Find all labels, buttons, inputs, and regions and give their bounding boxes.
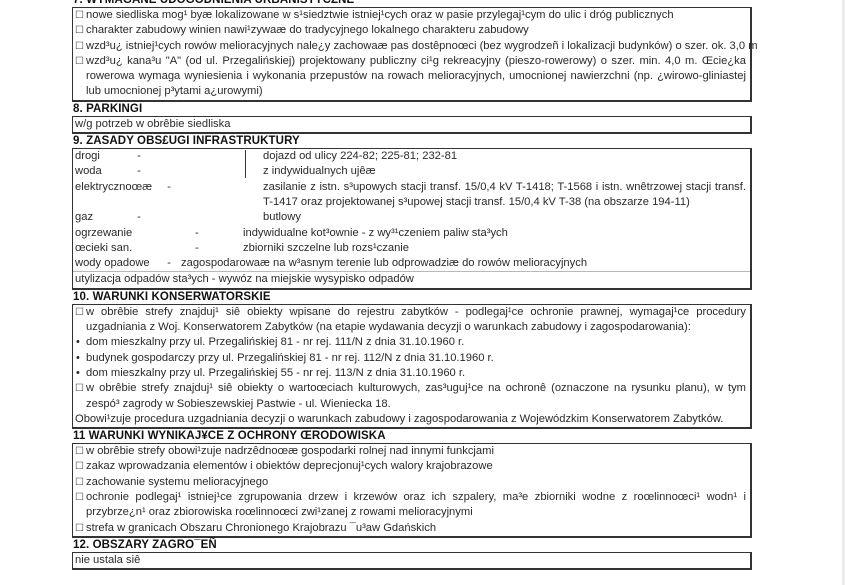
section-8-title: 8. PARKINGI	[72, 103, 752, 116]
list-item: ☐ wzd³u¿ kana³u "A" (od ul. Przegaliński…	[73, 54, 750, 100]
list-item: ☐ ochronie podlegaj¹ istniej¹ce zgrupowa…	[73, 490, 750, 521]
list-item: ☐ zakaz wprowadzania elementów i obiektó…	[73, 459, 750, 474]
checkbox-icon: ☐	[75, 54, 84, 69]
section-11-title: 11 WARUNKI WYNIKAJ¥CE Z OCHRONY ŒRODOWIS…	[72, 430, 752, 443]
checkbox-icon: ☐	[75, 475, 84, 490]
table-row: gaz - butlowy	[73, 210, 750, 225]
bullet-icon: •	[76, 335, 80, 350]
list-item: ☐ w obrêbie strefy znajduj¹ siê obiekty …	[73, 381, 750, 412]
bullet-item: • dom mieszkalny przy ul. Przegalińskiej…	[73, 366, 750, 381]
section-7-title: 7. WYMAGANE UDOGODNIENIA URBANISTYCZNE	[72, 0, 752, 7]
list-item: ☐ zachowanie systemu melioracyjnego	[73, 475, 750, 490]
infrastructure-table: drogi - dojazd od ulicy 224-82; 225-81; …	[72, 148, 752, 290]
table-row: wody opadowe - zagospodarowaæ na w³asnym…	[73, 256, 750, 272]
table-divider	[245, 150, 246, 178]
section-12-title: 12. OBSZARY ZAGRO¯EÑ	[72, 539, 752, 552]
table-row: ogrzewanie - indywidualne kot³ownie - z …	[73, 226, 750, 241]
bullet-item: • dom mieszkalny przy ul. Przegalińskiej…	[73, 335, 750, 350]
list-item: ☐ nowe siedliska mog¹ byæ lokalizowane w…	[73, 8, 750, 23]
list-item: ☐ charakter zabudowy winien nawi¹zywaæ d…	[73, 23, 750, 38]
section-11-box: ☐ w obrêbie strefy obowi¹zuje nadrzêdnoœ…	[72, 443, 752, 538]
list-item: ☐ strefa w granicach Obszaru Chronionego…	[73, 521, 750, 536]
bullet-icon: •	[76, 366, 80, 381]
section-9-title: 9. ZASADY OBS£UGI INFRASTRUKTURY	[72, 135, 752, 148]
checkbox-icon: ☐	[75, 381, 84, 396]
document-page: 7. WYMAGANE UDOGODNIENIA URBANISTYCZNE ☐…	[72, 0, 752, 571]
table-row: œcieki san. - zbiorniki szczelne lub roz…	[73, 241, 750, 256]
hazard-areas-text: nie ustala siê	[73, 553, 750, 568]
checkbox-icon: ☐	[75, 8, 84, 23]
checkbox-icon: ☐	[75, 490, 84, 505]
checkbox-icon: ☐	[75, 444, 84, 459]
table-row: elektrycznoœæ - zasilanie z istn. s³upow…	[73, 180, 750, 211]
table-row: woda - z indywidualnych ujêæ	[73, 164, 750, 179]
section-10-title: 10. WARUNKI KONSERWATORSKIE	[72, 291, 752, 304]
checkbox-icon: ☐	[75, 23, 84, 38]
section-10-box: ☐ w obrêbie strefy znajduj¹ siê obiekty …	[72, 304, 752, 429]
checkbox-icon: ☐	[75, 521, 84, 536]
list-item: ☐ w obrêbie strefy znajduj¹ siê obiekty …	[73, 305, 750, 336]
section-7-box: ☐ nowe siedliska mog¹ byæ lokalizowane w…	[72, 7, 752, 102]
checkbox-icon: ☐	[75, 459, 84, 474]
table-footer-row: utylizacja odpadów sta³ych - wywóz na mi…	[73, 272, 750, 287]
checkbox-icon: ☐	[75, 39, 84, 54]
checkbox-icon: ☐	[75, 305, 84, 320]
list-item: ☐ w obrêbie strefy obowi¹zuje nadrzêdnoœ…	[73, 444, 750, 459]
table-row: drogi - dojazd od ulicy 224-82; 225-81; …	[73, 149, 750, 164]
section-12-box: nie ustala siê	[72, 552, 752, 570]
bullet-icon: •	[76, 351, 80, 366]
section-8-box: w/g potrzeb w obrêbie siedliska	[72, 116, 752, 134]
parking-text: w/g potrzeb w obrêbie siedliska	[73, 117, 750, 132]
conservation-note: Obowi¹zuje procedura uzgadniania decyzji…	[73, 412, 750, 427]
bullet-item: • budynek gospodarczy przy ul. Przegaliń…	[73, 351, 750, 366]
list-item: ☐ wzd³u¿ istniej¹cych rowów melioracyjny…	[73, 39, 750, 54]
